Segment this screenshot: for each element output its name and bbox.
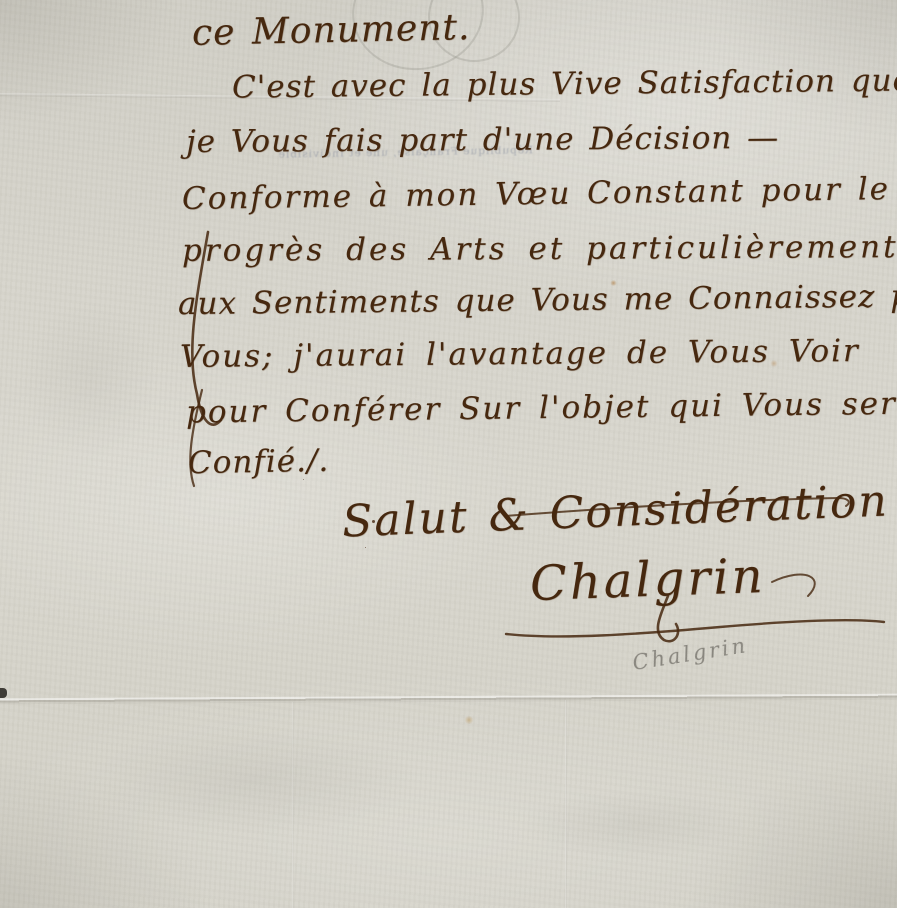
bleedthrough-smudge xyxy=(90,725,420,835)
letter-line-9: Confié./. xyxy=(188,443,330,481)
letter-line-5: progrès des Arts et particulièrement xyxy=(182,229,897,269)
pencil-annotation-chalgrin: Chalgrin xyxy=(631,633,750,675)
signature-tail-sweep xyxy=(772,575,815,596)
photo-edge-mark xyxy=(0,688,7,698)
manuscript-letter-page: République Française, une et Indivisible… xyxy=(0,0,897,908)
fold-crease-vertical-right xyxy=(565,700,567,908)
letter-line-1: ce Monument. xyxy=(192,7,471,54)
letter-line-2: C'est avec la plus Vive Satisfaction que xyxy=(232,62,897,105)
signature-paraph-underline xyxy=(506,620,884,636)
bleedthrough-smudge xyxy=(20,300,160,460)
letter-line-3: je Vous fais part d'une Décision — xyxy=(186,120,779,160)
foxing-stain xyxy=(464,716,474,724)
signature-chalgrin: Chalgrin xyxy=(529,548,766,612)
fold-crease-vertical-left xyxy=(292,702,294,908)
letter-line-7: Vous; j'aurai l'avantage de Vous Voir xyxy=(180,333,860,375)
letter-line-6: aux Sentiments que Vous me Connaissez po… xyxy=(178,278,897,322)
ink-specks xyxy=(372,520,375,523)
letter-line-4: Conforme à mon Vœu Constant pour le xyxy=(182,171,890,217)
letter-closing-salutation: Salut & Considération xyxy=(341,476,889,548)
letter-line-8: pour Conférer Sur l'objet qui Vous sera xyxy=(186,386,897,431)
bleedthrough-smudge xyxy=(520,790,750,860)
fold-crease-horizontal-main xyxy=(0,694,897,705)
